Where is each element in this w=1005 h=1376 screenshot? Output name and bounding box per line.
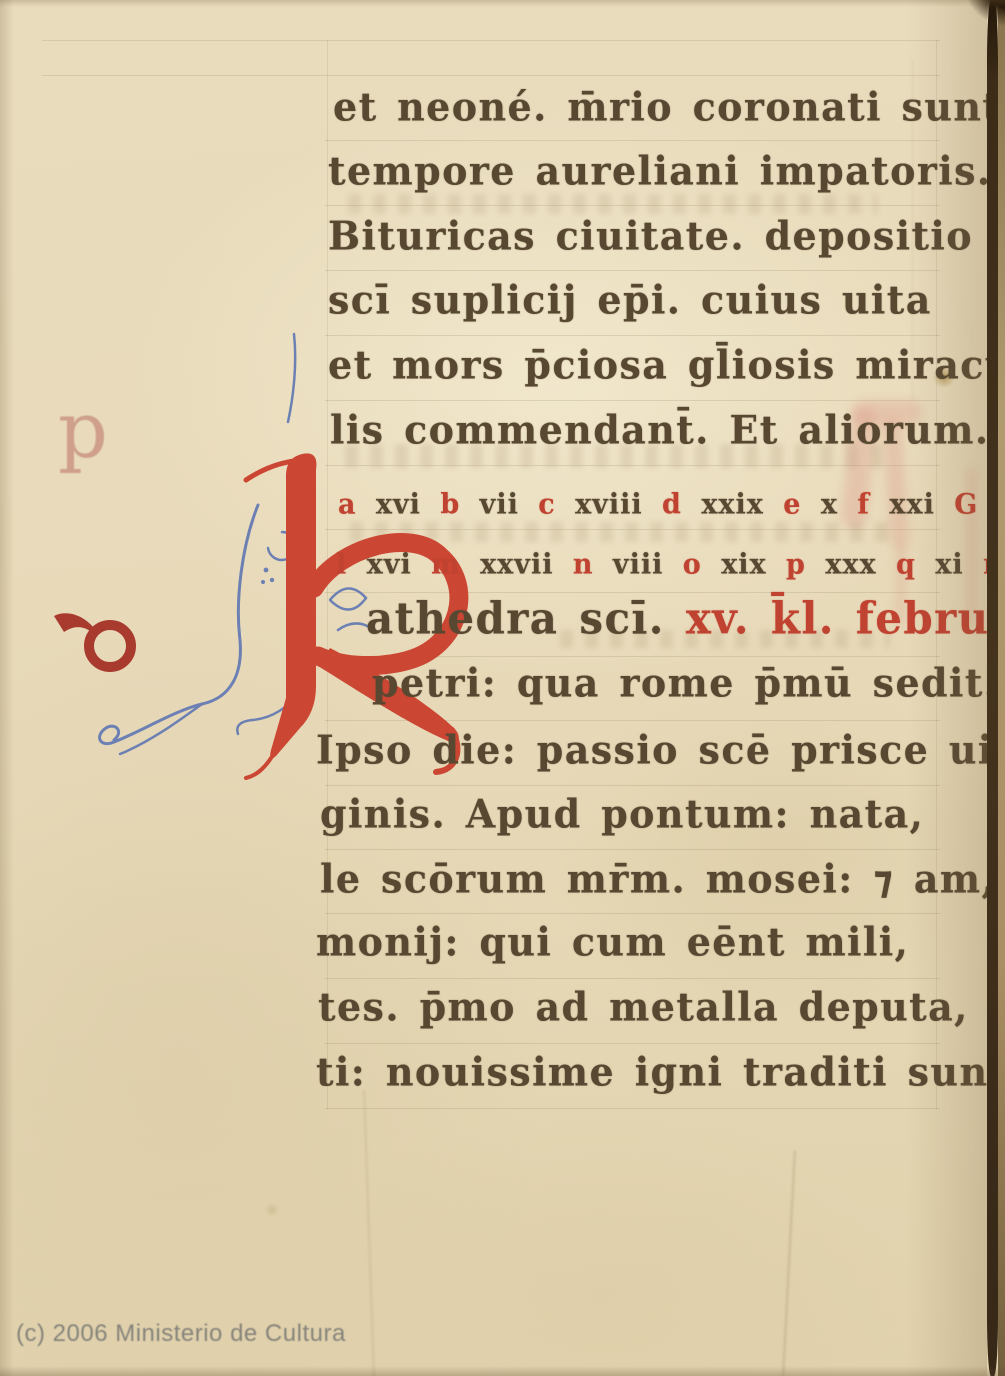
page-edge-top [0, 0, 1005, 7]
parchment-crease [363, 1090, 375, 1376]
ruling-line [325, 785, 940, 786]
ruling-line [325, 1043, 940, 1044]
ruling-line [325, 140, 940, 141]
text-segment-ink: scī suplicij ep̄i. cuius uita [328, 276, 932, 323]
copyright-watermark: (c) 2006 Ministerio de Cultura [16, 1320, 346, 1348]
text-segment-ink: tempore aureliani impatoris. [328, 147, 992, 194]
ruling-line [42, 75, 940, 76]
text-segment-ink: xviii [556, 488, 643, 520]
book-gutter [987, 0, 998, 1376]
next-leaf-edge [998, 0, 1005, 1376]
text-segment-ink: xix [702, 548, 767, 580]
text-line: monij: qui cum eēnt mili, [316, 918, 909, 965]
text-line: et mors p̄ciosa gl̄iosis miracu, [328, 341, 1005, 388]
filigree-flourish [100, 334, 376, 754]
ruling-line [325, 849, 940, 850]
text-line: scī suplicij ep̄i. cuius uita [328, 276, 932, 323]
text-segment-ink: viii [594, 548, 664, 580]
text-segment-ink: xxvii [461, 548, 554, 580]
text-segment-ink: tes. p̄mo ad metalla deputa, [318, 983, 969, 1030]
text-segment-rubric: b [421, 488, 460, 520]
text-line: tes. p̄mo ad metalla deputa, [318, 983, 969, 1030]
text-segment-ink: x [801, 488, 838, 520]
ruling-line [325, 913, 940, 914]
text-line: le scōrum mr̄m. mosei: ⁊ am, [320, 855, 996, 902]
text-segment-rubric: c [519, 488, 556, 520]
text-segment-rubric: m [412, 548, 461, 580]
text-line: Ipso die: passio scē prisce uir, [316, 726, 1005, 773]
text-line: lis commendant̄. Et aliorum. [330, 406, 990, 453]
manuscript-scan: p et neoné. m̄rio coronati [0, 0, 1005, 1376]
text-segment-ink: xvi [347, 548, 411, 580]
text-line: petri: qua rome p̄mū sedit. [372, 659, 998, 706]
text-segment-ink: le scōrum mr̄m. mosei: ⁊ am, [320, 855, 996, 902]
text-segment-rubric: o [663, 548, 701, 580]
page-curve-shadow [907, 0, 987, 1376]
page-edge-bottom [0, 1366, 1005, 1376]
ruling-line [42, 40, 940, 41]
text-segment-ink: ti: nouissime igni traditi sunt. [316, 1048, 1005, 1095]
text-segment-ink: vii [460, 488, 519, 520]
page-edge-left [0, 0, 14, 1376]
text-line: Bituricas ciuitate. depositio [328, 212, 973, 259]
show-through-band [348, 194, 878, 214]
text-segment-rubric: a [338, 488, 357, 520]
text-segment-ink: Ipso die: passio scē prisce uir, [316, 726, 1005, 773]
text-segment-ink: et neoné. m̄rio coronati sunt. [333, 83, 1005, 130]
text-segment-rubric: e [764, 488, 802, 520]
text-segment-ink: Bituricas ciuitate. depositio [328, 212, 973, 259]
text-segment-ink: xxx [806, 548, 877, 580]
text-line: l xvi m xxvii n viii o xix p xxx q xi r … [336, 548, 1005, 580]
text-segment-rubric: n [553, 548, 593, 580]
text-segment-ink: lis commendant̄. Et aliorum. [330, 406, 990, 453]
text-segment-ink: ginis. Apud pontum: nata, [320, 790, 924, 837]
parchment-crease [782, 1150, 796, 1376]
text-segment-rubric: l [336, 548, 347, 580]
text-segment-ink: xvi [357, 488, 421, 520]
text-line: et neoné. m̄rio coronati sunt. [333, 83, 1005, 130]
text-segment-rubric: f [838, 488, 870, 520]
ruling-line [325, 978, 940, 979]
text-line: a xvi b vii c xviii d xxix e x f xxi G i… [338, 488, 1005, 520]
text-segment-ink: monij: qui cum eēnt mili, [316, 918, 909, 965]
text-line: ginis. Apud pontum: nata, [320, 790, 924, 837]
text-segment-ink: xxix [682, 488, 764, 520]
text-segment-ink: petri: qua rome p̄mū sedit. [372, 659, 998, 706]
text-segment-rubric: d [643, 488, 682, 520]
text-segment-ink: et mors p̄ciosa gl̄iosis miracu, [328, 341, 1005, 388]
ruling-line [325, 270, 940, 271]
text-segment-ink: athedra scī. [366, 593, 665, 644]
text-line: tempore aureliani impatoris. [328, 147, 992, 194]
ruling-line [325, 1108, 940, 1109]
text-segment-rubric: p [767, 548, 806, 580]
text-line: ti: nouissime igni traditi sunt. [316, 1048, 1005, 1095]
